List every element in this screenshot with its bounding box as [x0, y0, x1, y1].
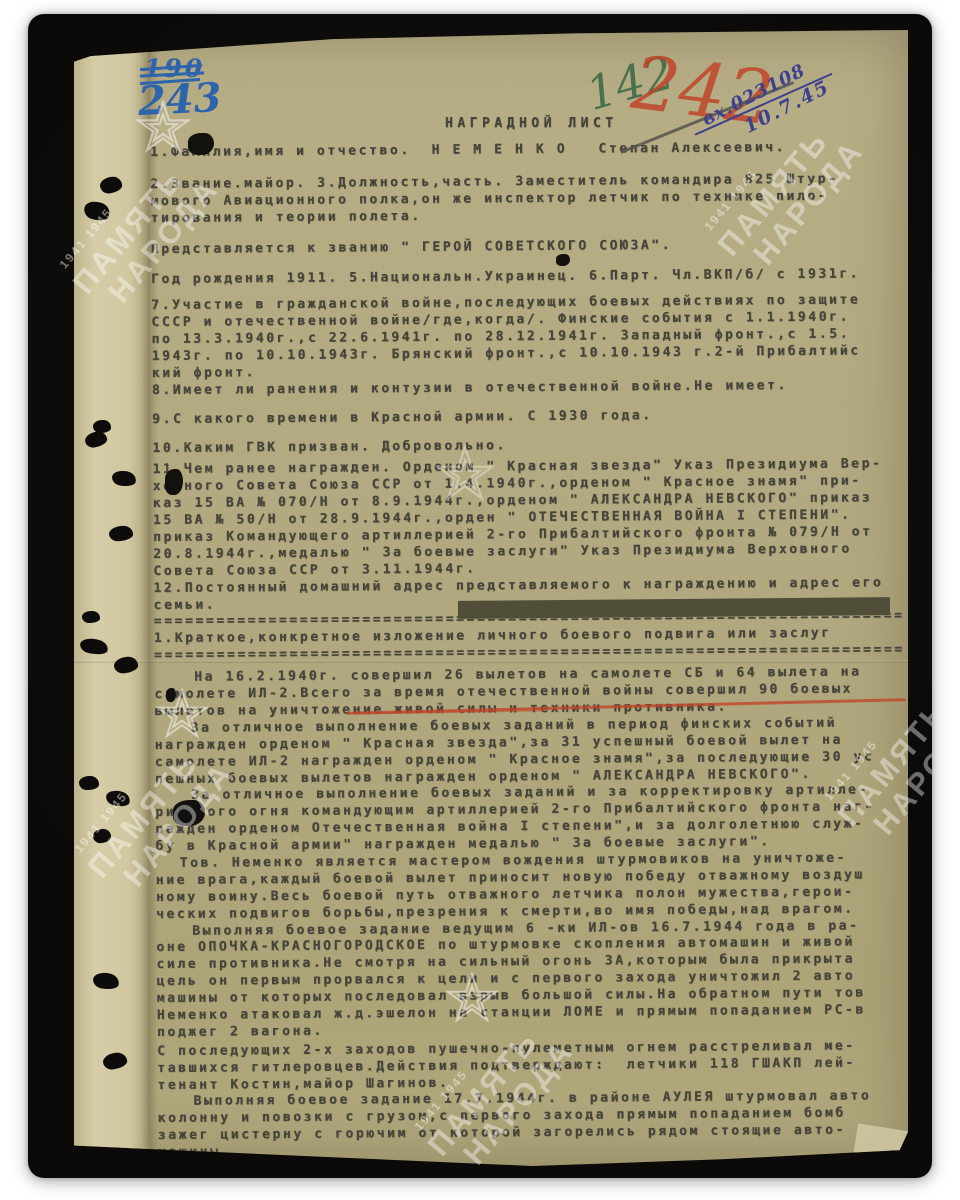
page-number: 243: [137, 74, 223, 125]
document-title: НАГРАДНОЙ ЛИСТ: [445, 116, 618, 131]
ink-blot: [188, 133, 214, 155]
ink-blot: [166, 688, 176, 702]
document-line: 1.Фамилия,имя и отчество. Н Е М Е Н К О …: [150, 139, 920, 162]
ink-blot: [165, 469, 183, 495]
document-line: 10.Каким ГВК призван. Добровольно.: [152, 435, 922, 458]
document-line: 9.С какого времени в Красной армии. С 19…: [152, 406, 922, 429]
document-photo: НАГРАДНОЙ ЛИСТ 1.Фамилия,имя и отчество.…: [28, 14, 932, 1178]
ink-blot: [556, 254, 570, 266]
document-lines: 1.Фамилия,имя и отчество. Н Е М Е Н К О …: [150, 139, 928, 1162]
page: { "colors": { "paper": "#b2a981", "paper…: [0, 0, 960, 1200]
redacted-address-bar: [458, 597, 890, 619]
hole-punch: [79, 776, 99, 790]
document-page: НАГРАДНОЙ ЛИСТ 1.Фамилия,имя и отчество.…: [74, 30, 908, 1166]
paper-patch: [853, 1123, 920, 1168]
hole-punch: [82, 611, 100, 623]
document-line: Представляется к званию " ГЕРОЙ СОВЕТСКО…: [151, 236, 921, 259]
document-line: Год рождения 1911. 5.Национальн.Украинец…: [151, 266, 921, 289]
ink-blot: [173, 800, 205, 826]
page-margin-fold: [74, 30, 150, 1166]
